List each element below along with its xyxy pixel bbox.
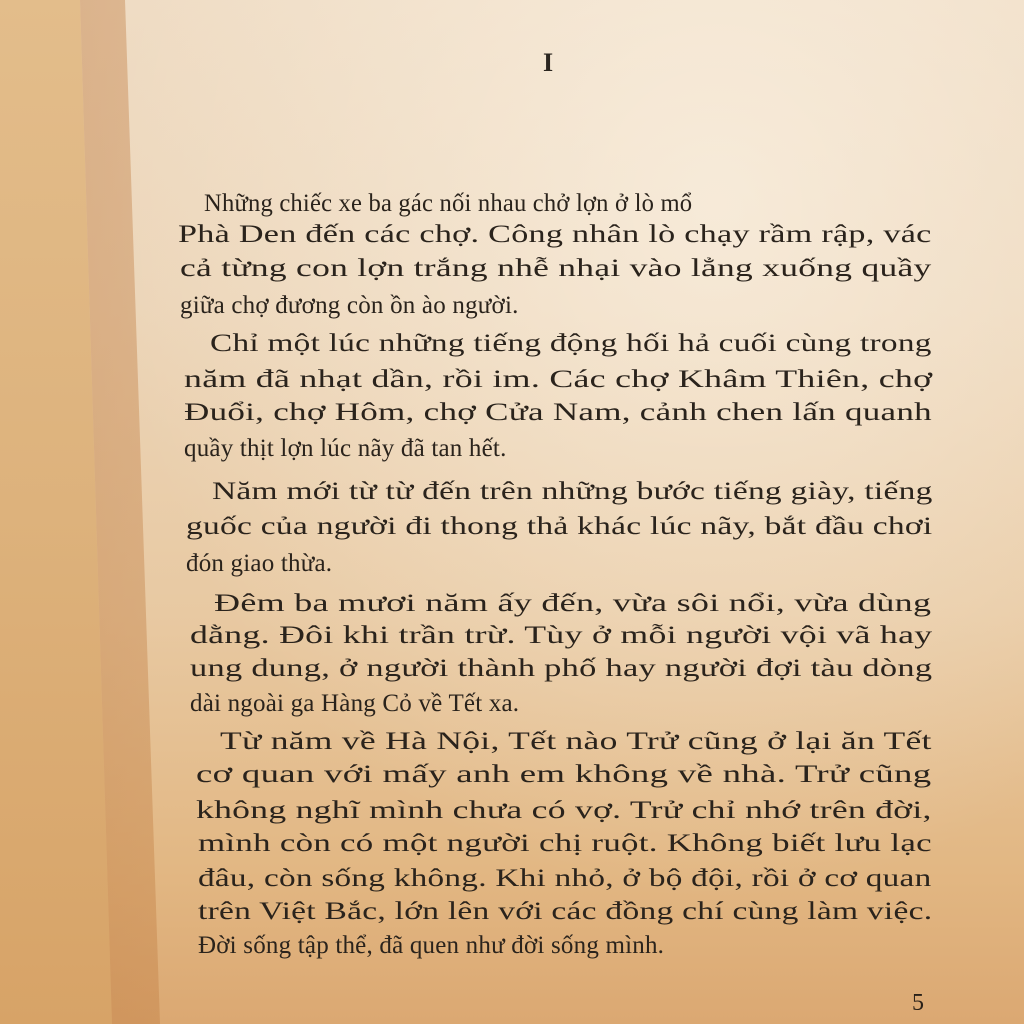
text-line: không nghĩ mình chưa có vợ. Trử chỉ nhớ … (196, 797, 932, 825)
chapter-heading: I (543, 48, 553, 78)
text-line: đón giao thừa. (186, 550, 332, 578)
text-line: Chỉ một lúc những tiếng động hối hả cuối… (210, 330, 932, 358)
text-line: trên Việt Bắc, lớn lên với các đồng chí … (198, 898, 932, 926)
text-line: cơ quan với mấy anh em không về nhà. Trử… (196, 761, 931, 789)
text-line: đâu, còn sống không. Khi nhỏ, ở bộ đội, … (198, 865, 931, 893)
text-line: quầy thịt lợn lúc nãy đã tan hết. (184, 435, 507, 463)
text-line: dằng. Đôi khi trần trừ. Tùy ở mỗi người … (190, 622, 932, 650)
text-line: giữa chợ đương còn ồn ào người. (180, 292, 519, 320)
text-line: ung dung, ở người thành phố hay người đợ… (190, 655, 932, 683)
text-line: Phà Den đến các chợ. Công nhân lò chạy r… (178, 221, 932, 249)
text-line: mình còn có một người chị ruột. Không bi… (198, 830, 932, 858)
page-number: 5 (912, 990, 924, 1017)
text-line: năm đã nhạt dần, rồi im. Các chợ Khâm Th… (184, 366, 932, 394)
text-line: cả từng con lợn trắng nhễ nhại vào lẳng … (180, 255, 932, 283)
text-line: Từ năm về Hà Nội, Tết nào Trử cũng ở lại… (220, 728, 932, 756)
text-line: Những chiếc xe ba gác nối nhau chở lợn ở… (204, 190, 932, 218)
text-line: guốc của người đi thong thả khác lúc nãy… (186, 513, 932, 541)
text-line: Đêm ba mươi năm ấy đến, vừa sôi nổi, vừa… (214, 590, 931, 618)
text-line: Đời sống tập thể, đã quen như đời sống m… (198, 932, 664, 960)
text-line: Đuổi, chợ Hôm, chợ Cửa Nam, cảnh chen lấ… (184, 399, 932, 427)
text-line: dài ngoài ga Hàng Cỏ về Tết xa. (190, 690, 519, 718)
text-line: Năm mới từ từ đến trên những bước tiếng … (212, 478, 933, 506)
